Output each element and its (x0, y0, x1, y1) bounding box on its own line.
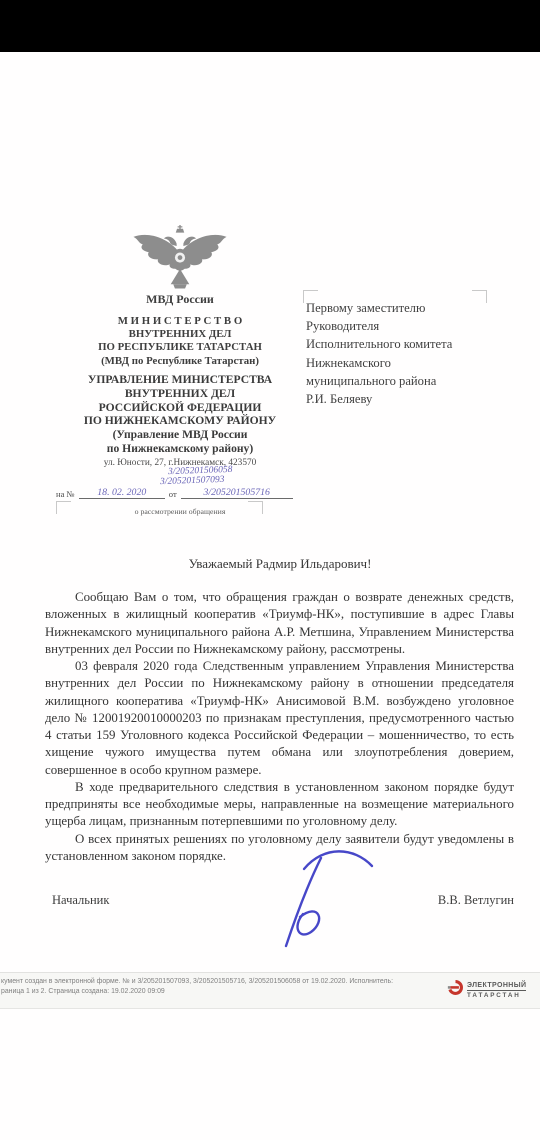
body-paragraph: Сообщаю Вам о том, что обращения граждан… (45, 589, 514, 658)
footer-meta-line1: кумент создан в электронной форме. № и 3… (1, 977, 431, 987)
division-line: (Управление МВД России (40, 428, 320, 442)
addressee-line: муниципального района (306, 372, 488, 390)
logo-line1: ЭЛЕКТРОННЫЙ (467, 982, 526, 991)
division-line: ВНУТРЕННИХ ДЕЛ (40, 387, 320, 401)
subject-note: о рассмотрении обращения (40, 507, 320, 516)
addressee-line: Исполнительного комитета (306, 335, 488, 353)
division-line: РОССИЙСКОЙ ФЕДЕРАЦИИ (40, 401, 320, 415)
ref-prefix-label: на № (56, 489, 75, 499)
ref-from-label: от (169, 489, 177, 499)
digital-stamp-footer: кумент создан в электронной форме. № и 3… (0, 972, 540, 1009)
addressee-line: Нижнекамского (306, 354, 488, 372)
ref-date-field: 18. 02. 2020 (79, 487, 165, 499)
addressee-line: Первому заместителю (306, 299, 488, 317)
division-block: УПРАВЛЕНИЕ МИНИСТЕРСТВА ВНУТРЕННИХ ДЕЛ Р… (40, 373, 320, 456)
division-line: ПО НИЖНЕКАМСКОМУ РАЙОНУ (40, 414, 320, 428)
body-paragraph: 03 февраля 2020 года Следственным управл… (45, 658, 514, 779)
handwritten-reg-number: 3/205201507093 (160, 475, 225, 487)
handwritten-signature (266, 842, 378, 950)
ministry-line: (МВД по Республике Татарстан) (40, 355, 320, 368)
salutation: Уважаемый Радмир Ильдарович! (45, 556, 515, 572)
electronic-tatarstan-logo: ЭЛЕКТРОННЫЙ ТАТАРСТАН (447, 979, 526, 1001)
signer-name: В.В. Ветлугин (426, 893, 514, 908)
reference-line: на № 18. 02. 2020 от 3/205201505716 (56, 487, 312, 499)
ministry-line: ПО РЕСПУБЛИКЕ ТАТАРСТАН (40, 341, 320, 354)
logo-line2: ТАТАРСТАН (467, 991, 526, 999)
mvd-eagle-emblem-icon (126, 225, 234, 291)
addressee-block: Первому заместителю Руководителя Исполни… (306, 299, 488, 408)
footer-meta: кумент создан в электронной форме. № и 3… (1, 977, 431, 997)
ref-number-field: 3/205201505716 (181, 487, 293, 499)
ministry-line: ВНУТРЕННИХ ДЕЛ (40, 328, 320, 341)
ministry-line: М И Н И С Т Е Р С Т В О (40, 315, 320, 328)
letter-body: Сообщаю Вам о том, что обращения граждан… (45, 589, 514, 865)
letterbox-top-bar (0, 0, 540, 52)
ministry-block: М И Н И С Т Е Р С Т В О ВНУТРЕННИХ ДЕЛ П… (40, 315, 320, 368)
org-short-name: МВД России (40, 292, 320, 307)
logo-text: ЭЛЕКТРОННЫЙ ТАТАРСТАН (467, 982, 526, 999)
footer-meta-line2: раница 1 из 2. Страница создана: 19.02.2… (1, 987, 431, 997)
division-line: по Нижнекамскому району) (40, 442, 320, 456)
body-paragraph: В ходе предварительного следствия в уста… (45, 779, 514, 831)
electronic-tatarstan-logo-icon (447, 979, 464, 1001)
addressee-line: Р.И. Беляеву (306, 390, 488, 408)
division-line: УПРАВЛЕНИЕ МИНИСТЕРСТВА (40, 373, 320, 387)
scanned-letter-viewer: МВД России М И Н И С Т Е Р С Т В О ВНУТР… (0, 0, 540, 1140)
signer-title: Начальник (52, 893, 109, 908)
handwritten-reg-number: 3/205201505716 (204, 487, 270, 498)
handwritten-date: 18. 02. 2020 (97, 487, 146, 498)
addressee-line: Руководителя (306, 317, 488, 335)
